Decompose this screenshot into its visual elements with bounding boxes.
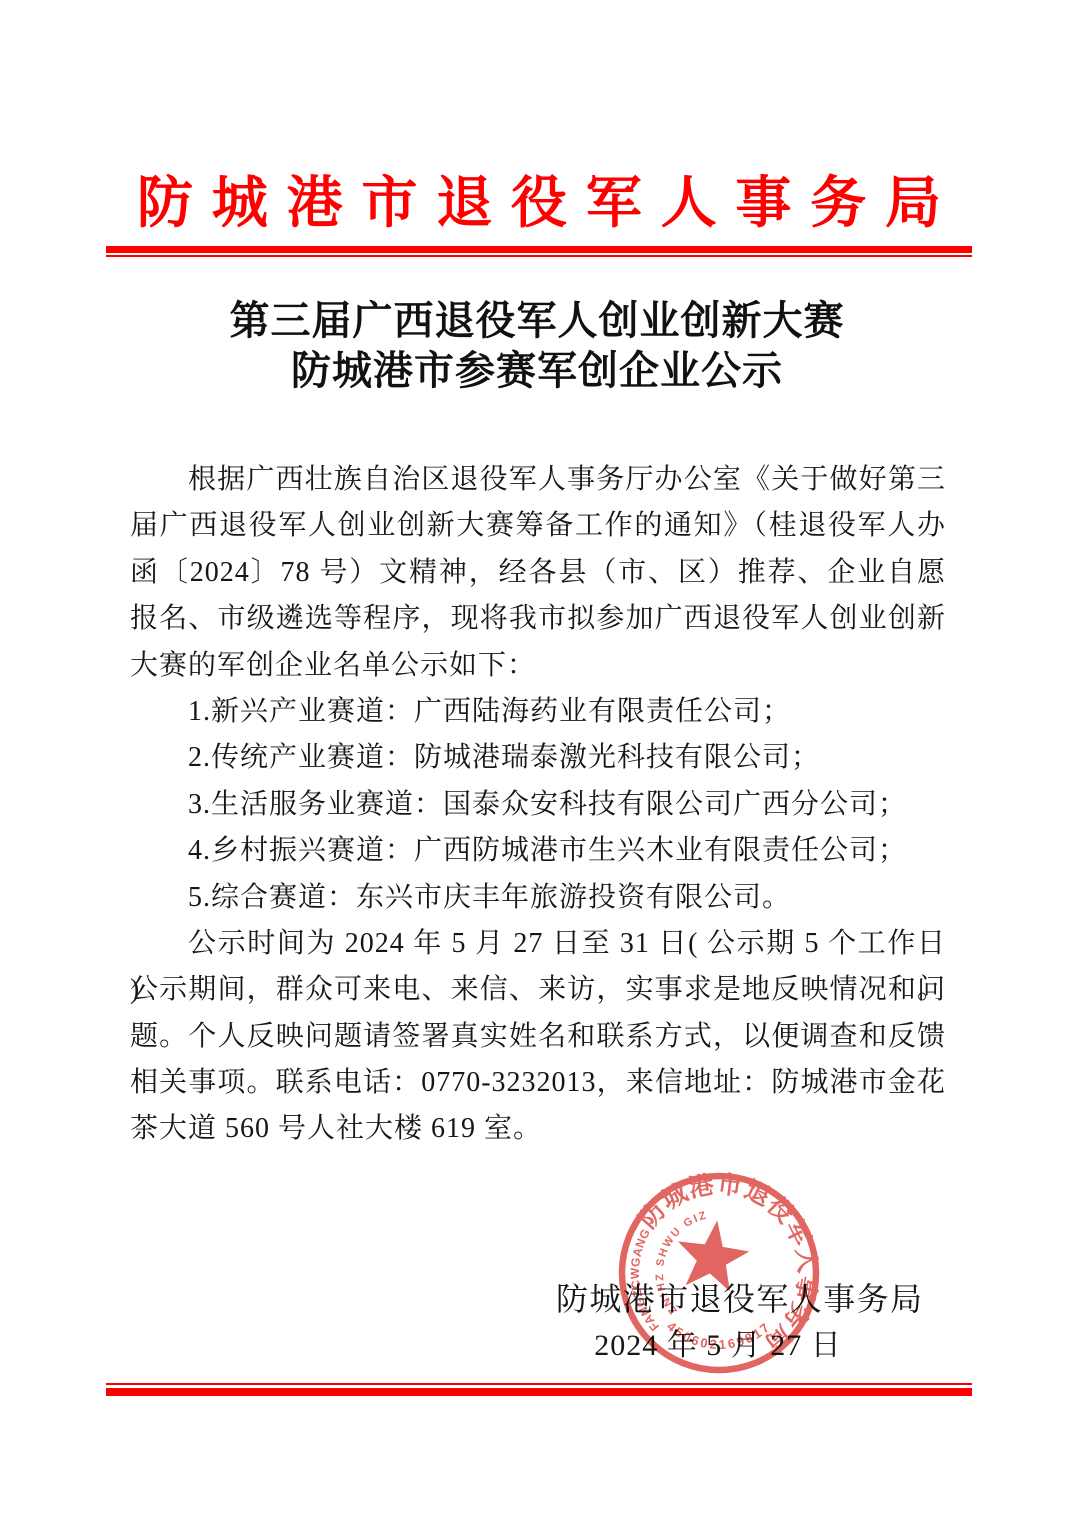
document-body: 根据广西壮族自治区退役军人事务厅办公室《关于做好第三 届广西退役军人创业创新大赛… [130,457,946,1153]
document-page: 防城港市退役军人事务局 第三届广西退役军人创业创新大赛 防城港市参赛军创企业公示… [0,0,1074,1520]
body-line: 茶大道 560 号人社大楼 619 室。 [130,1106,946,1152]
list-item: 5.综合赛道：东兴市庆丰年旅游投资有限公司。 [130,875,946,921]
signature-agency-name: 防城港市退役军人事务局 [556,1279,922,1319]
list-item: 1.新兴产业赛道：广西陆海药业有限责任公司； [130,689,946,735]
list-item: 4.乡村振兴赛道：广西防城港市生兴木业有限责任公司； [130,828,946,874]
body-line: 届广西退役军人创业创新大赛筹备工作的通知》（桂退役军人办 [130,503,946,549]
body-line: 根据广西壮族自治区退役军人事务厅办公室《关于做好第三 [130,457,946,503]
title-line-1: 第三届广西退役军人创业创新大赛 [0,296,1074,346]
document-title: 第三届广西退役军人创业创新大赛 防城港市参赛军创企业公示 [0,296,1074,396]
letterhead-agency-name: 防城港市退役军人事务局 [137,172,941,236]
body-line: 大赛的军创企业名单公示如下： [130,643,946,689]
body-line: 相关事项。联系电话：0770-3232013，来信地址：防城港市金花 [130,1060,946,1106]
footer-rule-divider [106,1383,972,1396]
signature-date: 2024 年 5 月 27 日 [535,1327,901,1365]
body-line: 函〔2024〕78 号）文精神，经各县（市、区）推荐、企业自愿 [130,550,946,596]
list-item: 3.生活服务业赛道：国泰众安科技有限公司广西分公司； [130,782,946,828]
title-line-2: 防城港市参赛军创企业公示 [0,346,1074,396]
body-line: 题。个人反映问题请签署真实姓名和联系方式，以便调查和反馈 [130,1014,946,1060]
letterhead-rule-divider [106,246,972,257]
body-line: 报名、市级遴选等程序，现将我市拟参加广西退役军人创业创新 [130,596,946,642]
body-line: 公示期间，群众可来电、来信、来访，实事求是地反映情况和问 [130,967,946,1013]
list-item: 2.传统产业赛道：防城港瑞泰激光科技有限公司； [130,735,946,781]
body-line: 公示时间为 2024 年 5 月 27 日至 31 日( 公示期 5 个工作日 … [130,921,946,967]
